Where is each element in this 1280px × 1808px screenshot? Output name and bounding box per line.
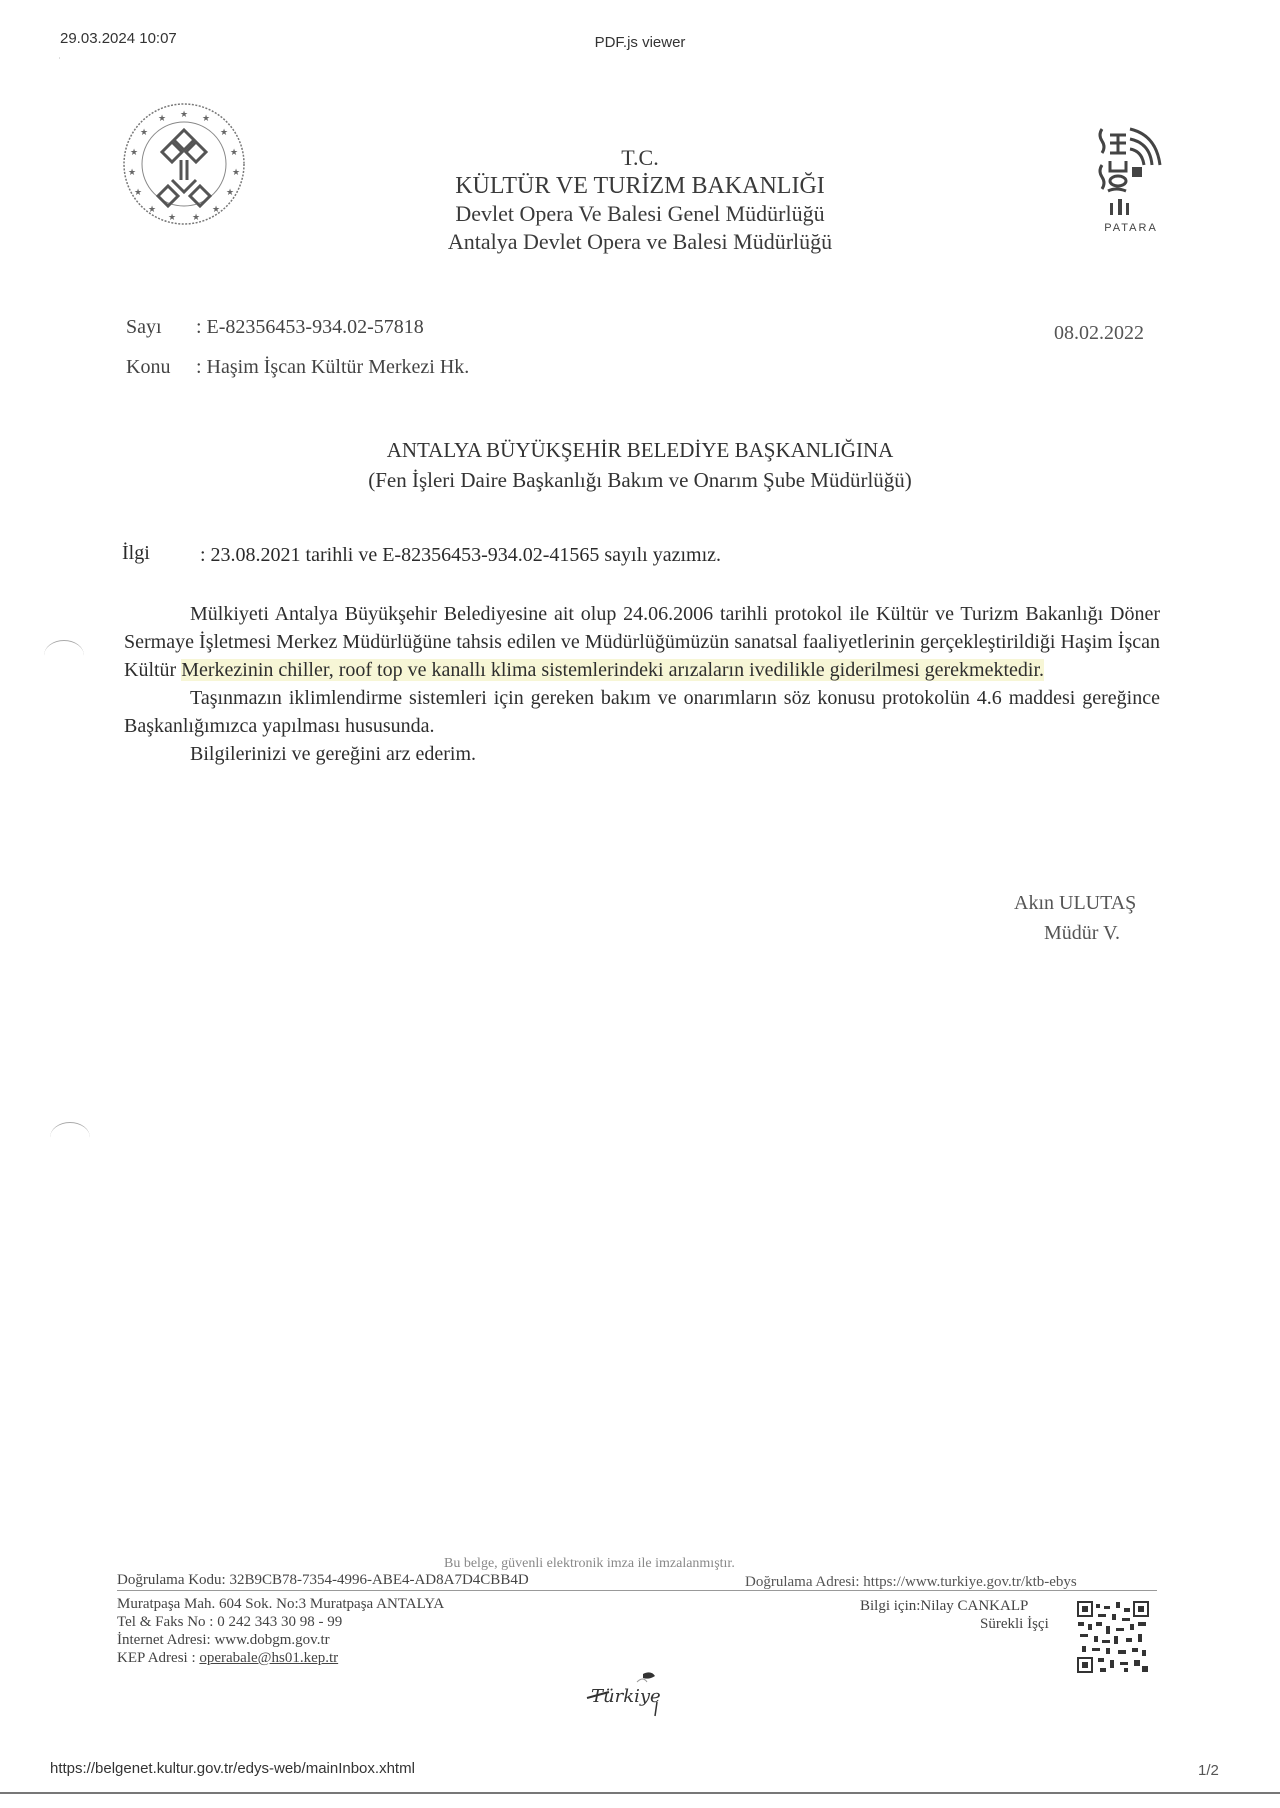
verification-address: Doğrulama Adresi: https://www.turkiye.go… — [745, 1574, 1077, 1591]
header-general-directorate: Devlet Opera Ve Balesi Genel Müdürlüğü — [340, 200, 940, 228]
sayi-label: Sayı — [126, 316, 162, 339]
body-paragraph-1: Mülkiyeti Antalya Büyükşehir Belediyesin… — [124, 600, 1160, 684]
svg-text:★: ★ — [158, 114, 166, 124]
ilgi-value: : 23.08.2021 tarihli ve E-82356453-934.0… — [200, 544, 721, 567]
svg-text:★: ★ — [140, 128, 148, 138]
info-role: Sürekli İşçi — [980, 1616, 1049, 1633]
svg-text:★: ★ — [180, 110, 188, 120]
document-date: 08.02.2022 — [1054, 322, 1144, 345]
body-paragraph-3: Bilgilerinizi ve gereğini arz ederim. — [124, 740, 1160, 768]
turkiye-logo-text: Türkiye — [591, 1686, 661, 1707]
letter-body: Mülkiyeti Antalya Büyükşehir Belediyesin… — [124, 600, 1160, 768]
footer-website: İnternet Adresi: www.dobgm.gov.tr — [117, 1632, 330, 1649]
scan-mark: ˙ — [58, 56, 61, 66]
header-directorate: Antalya Devlet Opera ve Balesi Müdürlüğü — [340, 228, 940, 256]
ilgi-label: İlgi — [122, 542, 150, 565]
svg-text:★: ★ — [220, 128, 228, 138]
footer-address: Muratpaşa Mah. 604 Sok. No:3 Muratpaşa A… — [117, 1596, 444, 1613]
svg-text:★: ★ — [192, 213, 200, 223]
page-number: 1/2 — [1198, 1762, 1219, 1779]
ministry-seal-icon: ★★★ ★★ ★★ ★★ ★★ ★★ ★★ — [122, 102, 246, 226]
svg-text:★: ★ — [130, 148, 138, 158]
footer-kep: KEP Adresi : operabale@hs01.kep.tr — [117, 1650, 338, 1667]
kep-address-link[interactable]: operabale@hs01.kep.tr — [199, 1650, 338, 1666]
konu-value: : Haşim İşcan Kültür Merkezi Hk. — [196, 356, 469, 379]
patara-logo-icon — [1096, 120, 1166, 230]
svg-text:★: ★ — [202, 114, 210, 124]
punch-hole-mark — [50, 1122, 90, 1153]
viewer-title: PDF.js viewer — [0, 34, 1280, 51]
svg-text:★: ★ — [134, 188, 142, 198]
svg-text:★: ★ — [168, 213, 176, 223]
kep-label: KEP Adresi : — [117, 1650, 199, 1666]
svg-text:★: ★ — [128, 168, 136, 178]
patara-logo-text: PATARA — [1096, 222, 1166, 234]
svg-text:★: ★ — [232, 168, 240, 178]
qr-code-icon — [1076, 1600, 1150, 1674]
info-contact: Bilgi için:Nilay CANKALP — [860, 1598, 1028, 1615]
esign-note: Bu belge, güvenli elektronik imza ile im… — [444, 1556, 735, 1572]
signer-name: Akın ULUTAŞ — [1014, 892, 1136, 915]
addressee-line-2: (Fen İşleri Daire Başkanlığı Bakım ve On… — [240, 468, 1040, 493]
verification-code: Doğrulama Kodu: 32B9CB78-7354-4996-ABE4-… — [117, 1572, 529, 1589]
svg-text:★: ★ — [212, 205, 220, 215]
svg-text:★: ★ — [230, 148, 238, 158]
header-tc: T.C. — [340, 144, 940, 172]
turkiye-logo-icon: Türkiye — [585, 1668, 685, 1718]
sayi-value: : E-82356453-934.02-57818 — [196, 316, 424, 339]
header-ministry: KÜLTÜR VE TURİZM BAKANLIĞI — [340, 172, 940, 200]
punch-hole-mark — [44, 640, 84, 671]
konu-label: Konu — [126, 356, 170, 379]
page-bottom-rule — [0, 1792, 1280, 1794]
highlighted-text: Merkezinin chiller, roof top ve kanallı … — [181, 659, 1044, 681]
body-paragraph-2: Taşınmazın iklimlendirme sistemleri için… — [124, 684, 1160, 740]
addressee-line-1: ANTALYA BÜYÜKŞEHİR BELEDİYE BAŞKANLIĞINA — [240, 438, 1040, 463]
footer-divider — [117, 1590, 1157, 1591]
footer-phone: Tel & Faks No : 0 242 343 30 98 - 99 — [117, 1614, 342, 1631]
page-url: https://belgenet.kultur.gov.tr/edys-web/… — [50, 1760, 415, 1777]
svg-text:★: ★ — [148, 205, 156, 215]
svg-text:★: ★ — [226, 188, 234, 198]
signer-title: Müdür V. — [1044, 922, 1120, 945]
